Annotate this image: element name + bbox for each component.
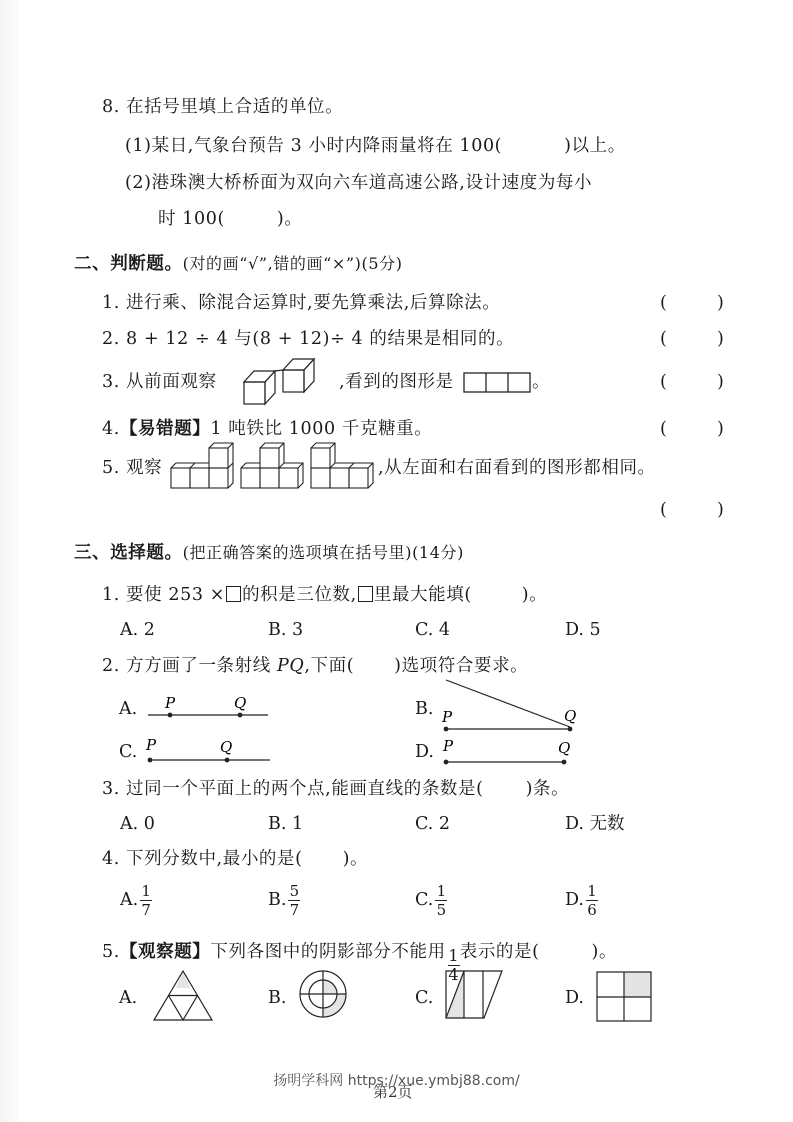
option-a[interactable]: A. [119,986,137,1010]
option-b[interactable]: B. [415,697,433,721]
svg-text:Q: Q [564,707,576,725]
svg-text:Q: Q [234,694,246,712]
answer-box-s2-2[interactable] [670,327,715,351]
option-b[interactable]: B. 3 [268,618,303,642]
s2-item-4: 4.【易错题】1 吨铁比 1000 千克糖重。 [102,417,432,441]
ring-figure [297,968,349,1020]
s2-item-5-post: ,从左面和右面看到的图形都相同。 [378,456,656,480]
option-c[interactable]: C.15 [415,883,447,918]
page-number: 第2页 [373,1081,413,1102]
option-c[interactable]: C. [415,986,433,1010]
option-c[interactable]: C. 4 [415,618,450,642]
option-b[interactable]: B. [268,986,286,1010]
answer-box-s2-3[interactable] [670,370,715,394]
option-d[interactable]: D.16 [565,883,598,918]
option-a[interactable]: A. 0 [120,812,155,836]
answer-paren-right: ) [717,417,724,441]
answer-box-s2-5[interactable] [670,498,715,522]
option-d[interactable]: D. 无数 [565,812,625,836]
option-d[interactable]: D. [565,986,584,1010]
answer-paren-left: ( [660,327,667,351]
line-figure-c: P Q [143,735,273,765]
answer-paren-right: ) [717,370,724,394]
tag-observation: 【观察题】 [120,942,211,962]
option-a[interactable]: A. 2 [120,618,155,642]
svg-text:Q: Q [220,738,232,756]
three-squares-figure [463,372,533,394]
answer-paren-left: ( [660,498,667,522]
placeholder-box [226,586,241,602]
s3-q1: 1. 要使 253 ×的积是三位数,里最大能填()。 [102,583,547,607]
option-a[interactable]: A. [119,697,137,721]
answer-paren-left: ( [660,291,667,315]
q8-sub1: (1)某日,气象台预告 3 小时内降雨量将在 100()以上。 [125,134,626,158]
s3-q2: 2. 方方画了一条射线 PQ,下面()选项符合要求。 [102,654,528,678]
line-figure-d: P Q [440,735,580,765]
answer-paren-right: ) [717,291,724,315]
cube-stack-figure [236,356,336,406]
option-d[interactable]: D. [415,740,434,764]
option-b[interactable]: B.57 [268,883,300,918]
q8-sub2-cont: 时 100()。 [158,207,302,231]
answer-paren-left: ( [660,417,667,441]
s2-item-2: 2. 8 + 12 ÷ 4 与(8 + 12)÷ 4 的结果是相同的。 [102,327,514,351]
fraction: 15 [435,883,447,918]
s3-q4: 4. 下列分数中,最小的是()。 [102,847,368,871]
fraction: 17 [140,883,152,918]
q8-title: 8. 在括号里填上合适的单位。 [102,95,343,119]
answer-paren-right: ) [717,498,724,522]
fraction: 57 [288,883,300,918]
parallelogram-figure [444,969,506,1021]
answer-paren-right: ) [717,327,724,351]
s2-item-3-post: 。 [532,370,550,394]
placeholder-box [358,586,373,602]
svg-text:P: P [442,737,454,755]
svg-text:P: P [441,708,453,726]
svg-text:Q: Q [558,739,570,757]
option-c[interactable]: C. 2 [415,812,450,836]
option-a[interactable]: A.17 [120,883,152,918]
tag-easy-mistake: 【易错题】 [120,419,211,439]
q8-sub2: (2)港珠澳大桥桥面为双向六车道高速公路,设计速度为每小 [125,171,592,195]
s3-q3: 3. 过同一个平面上的两个点,能画直线的条数是()条。 [102,777,569,801]
answer-paren-left: ( [660,370,667,394]
triangle-figure [152,970,214,1022]
svg-text:P: P [145,736,157,754]
svg-text:P: P [164,694,176,712]
s2-item-3-mid: ,看到的图形是 [339,370,454,394]
answer-box-s2-4[interactable] [670,417,715,441]
s2-item-3-pre: 3. 从前面观察 [102,370,217,394]
section2-heading: 二、判断题。(对的画“√”,错的画“×”)(5分) [74,252,403,276]
scan-edge-shadow [0,0,18,1122]
option-d[interactable]: D. 5 [565,618,601,642]
answer-box-s2-1[interactable] [670,291,715,315]
square-quarters-figure [596,971,652,1023]
option-c[interactable]: C. [119,740,137,764]
s2-item-1: 1. 进行乘、除混合运算时,要先算乘法,后算除法。 [102,291,500,315]
option-b[interactable]: B. 1 [268,812,303,836]
fraction: 16 [586,883,598,918]
line-figure-a: P Q [145,693,275,721]
section3-heading: 三、选择题。(把正确答案的选项填在括号里)(14分) [74,541,464,565]
s2-item-5-pre: 5. 观察 [102,456,162,480]
cube-arrangements-figure [168,443,378,493]
line-figure-b: P Q [440,678,590,733]
